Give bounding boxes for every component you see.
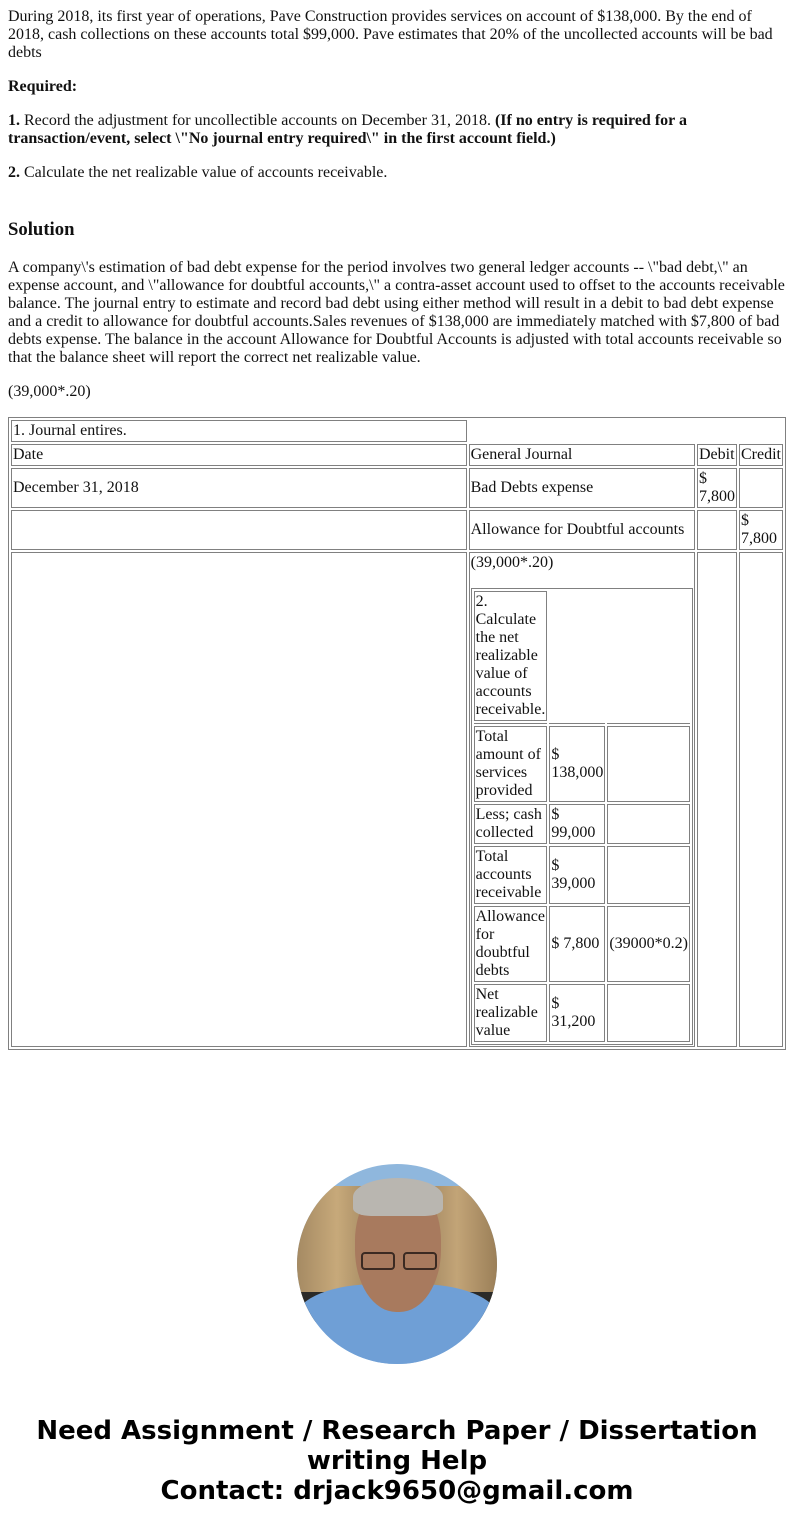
nrv-amount: $ 31,200	[549, 984, 605, 1042]
nrv-label: Net realizable value	[474, 984, 548, 1042]
journal-row: December 31, 2018 Bad Debts expense $ 7,…	[11, 468, 783, 508]
question-intro: During 2018, its first year of operation…	[8, 8, 786, 62]
nrv-row: Total accounts receivable $ 39,000	[474, 846, 690, 904]
journal-title-row: 1. Journal entires.	[11, 420, 783, 442]
promo-banner: Need Assignment / Research Paper / Disse…	[0, 1416, 794, 1532]
nrv-container: (39,000*.20) 2. Calculate the net realiz…	[469, 552, 695, 1047]
header-credit: Credit	[739, 444, 783, 466]
entry-credit	[739, 468, 783, 508]
entry-account: Allowance for Doubtful accounts	[469, 510, 695, 550]
nrv-table: 2. Calculate the net realizable value of…	[471, 588, 693, 1045]
header-general-journal: General Journal	[469, 444, 695, 466]
avatar-container	[0, 1164, 794, 1364]
promo-line-1: Need Assignment / Research Paper / Disse…	[0, 1416, 794, 1476]
journal-table: 1. Journal entires. Date General Journal…	[8, 417, 786, 1050]
journal-calc-row: (39,000*.20) 2. Calculate the net realiz…	[11, 552, 783, 1047]
entry-debit: $ 7,800	[697, 468, 737, 508]
nrv-title-row: 2. Calculate the net realizable value of…	[474, 591, 690, 721]
requirement-2: 2. Calculate the net realizable value of…	[8, 164, 786, 182]
nrv-amount: $ 39,000	[549, 846, 605, 904]
required-heading: Required:	[8, 78, 786, 96]
solution-explanation: A company\'s estimation of bad debt expe…	[8, 259, 786, 367]
nrv-amount: $ 99,000	[549, 804, 605, 844]
nrv-label: Less; cash collected	[474, 804, 548, 844]
nrv-label: Total amount of services provided	[474, 726, 548, 802]
entry-date: December 31, 2018	[11, 468, 467, 508]
promo-contact: Contact: drjack9650@gmail.com	[0, 1476, 794, 1506]
entry-account: Bad Debts expense	[469, 468, 695, 508]
nrv-title: 2. Calculate the net realizable value of…	[474, 591, 548, 721]
glasses-icon	[361, 1252, 437, 1268]
header-date: Date	[11, 444, 467, 466]
calc-note: (39,000*.20)	[8, 383, 786, 401]
nrv-row: Less; cash collected $ 99,000	[474, 804, 690, 844]
header-debit: Debit	[697, 444, 737, 466]
nrv-note	[607, 846, 690, 904]
journal-calc-note: (39,000*.20)	[471, 554, 693, 572]
entry-credit: $ 7,800	[739, 510, 783, 550]
author-avatar	[297, 1164, 497, 1364]
nrv-note: (39000*0.2)	[607, 906, 690, 982]
nrv-amount: $ 7,800	[549, 906, 605, 982]
nrv-note	[607, 804, 690, 844]
solution-heading: Solution	[8, 219, 786, 241]
nrv-label: Total accounts receivable	[474, 846, 548, 904]
entry-debit	[697, 510, 737, 550]
page-content: During 2018, its first year of operation…	[0, 0, 794, 1050]
journal-title: 1. Journal entires.	[11, 420, 467, 442]
nrv-row: Net realizable value $ 31,200	[474, 984, 690, 1042]
requirement-1: 1. Record the adjustment for uncollectib…	[8, 112, 786, 148]
nrv-label: Allowance for doubtful debts	[474, 906, 548, 982]
journal-header-row: Date General Journal Debit Credit	[11, 444, 783, 466]
nrv-note	[607, 726, 690, 802]
entry-date	[11, 510, 467, 550]
nrv-note	[607, 984, 690, 1042]
nrv-row: Total amount of services provided $ 138,…	[474, 726, 690, 802]
nrv-amount: $ 138,000	[549, 726, 605, 802]
journal-row: Allowance for Doubtful accounts $ 7,800	[11, 510, 783, 550]
nrv-row: Allowance for doubtful debts $ 7,800 (39…	[474, 906, 690, 982]
